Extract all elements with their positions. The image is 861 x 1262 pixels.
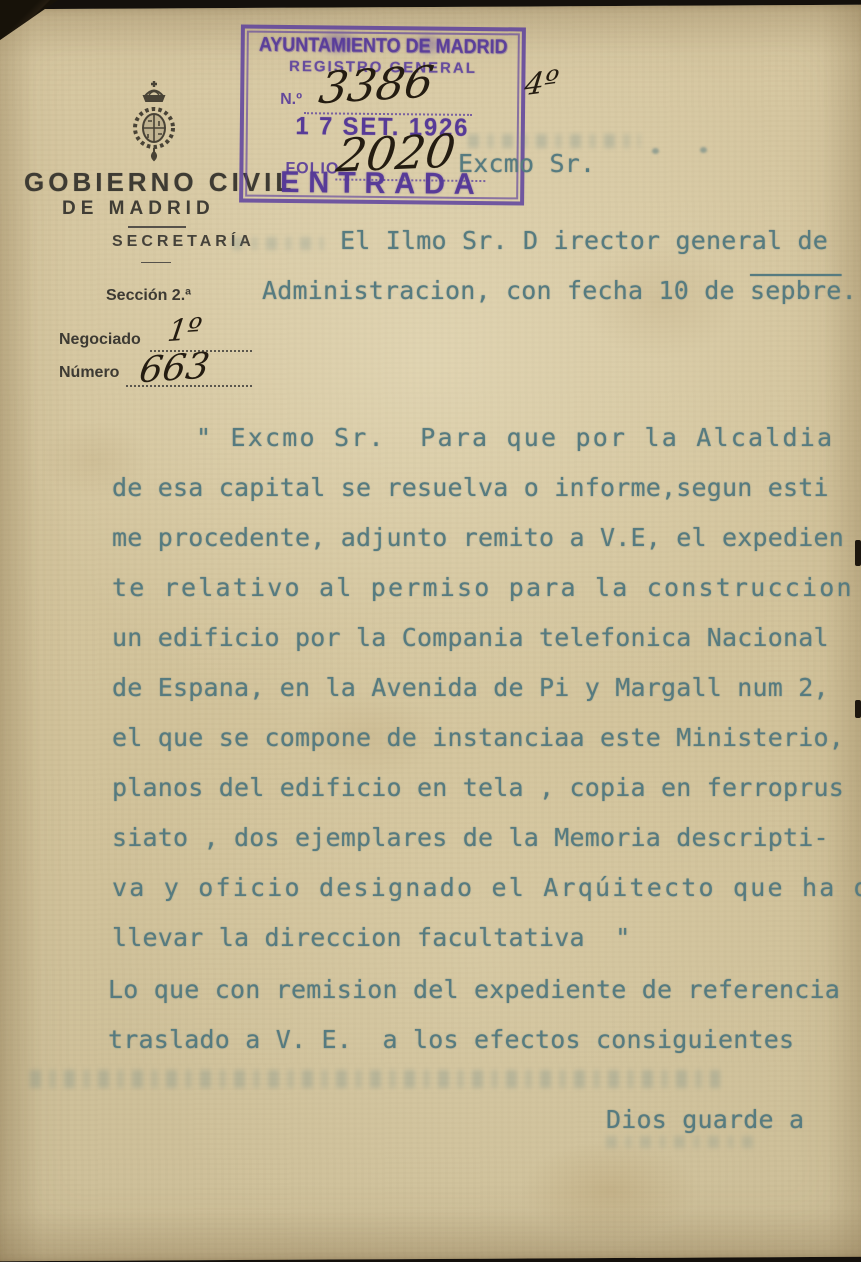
stamp-city-name: AYUNTAMIENTO DE MADRID	[255, 34, 512, 60]
letter-line: llevar la direccion facultativa "	[112, 923, 631, 952]
letterhead-divider-small	[141, 262, 171, 263]
letter-line: El Ilmo Sr. D irector general de	[340, 226, 828, 255]
letter-line: Administracion, con fecha 10 de sepbre.	[262, 276, 857, 305]
letterhead-divider	[128, 226, 186, 228]
letter-line: me procedente, adjunto remito a V.E, el …	[112, 523, 844, 552]
scanned-letter: GOBIERNO CIVIL DE MADRID SECRETARÍA Secc…	[0, 0, 861, 1262]
letter-line: de Espana, en la Avenida de Pi y Margall…	[112, 673, 829, 702]
stamp-number-label: N.º	[280, 91, 302, 109]
royal-crest-icon	[126, 78, 184, 166]
letter-line: va y oficio designado el Arqúitecto que …	[112, 873, 861, 902]
numero-handwritten-value: 663	[137, 346, 212, 392]
registry-entry-stamp: AYUNTAMIENTO DE MADRID REGISTRO GENERAL …	[239, 25, 526, 206]
letter-line: el que se compone de instanciaa este Min…	[112, 723, 844, 752]
letter-line: de esa capital se resuelva o informe,seg…	[112, 473, 829, 502]
negociado-handwritten-value: 1º	[165, 312, 204, 349]
scan-edge-mark	[855, 540, 861, 566]
letter-line-overlined-word: sepbre	[750, 276, 842, 305]
numero-label: Número	[59, 364, 119, 382]
letter-line-part: Administracion, con fecha 10 de	[262, 276, 750, 305]
letter-line: planos del edificio en tela , copia en f…	[112, 773, 844, 802]
letter-closing: Dios guarde a	[606, 1105, 804, 1134]
letter-line-part: .	[842, 276, 857, 305]
letter-line: " Excmo Sr. Para que por la Alcaldia	[196, 423, 834, 452]
corner-handwritten-note: 4º	[523, 64, 561, 103]
letterhead-org-city: DE MADRID	[62, 198, 215, 220]
letter-salutation: Excmo Sr.	[458, 149, 595, 178]
ghost-dot	[652, 148, 659, 154]
letter-line: siato , dos ejemplares de la Memoria des…	[112, 823, 829, 852]
scan-edge-mark	[855, 700, 861, 718]
letter-line: un edificio por la Compania telefonica N…	[112, 623, 829, 652]
letter-line: traslado a V. E. a los efectos consiguie…	[108, 1025, 794, 1054]
letterhead-department: SECRETARÍA	[112, 233, 255, 251]
stamp-number-handwritten: 3386	[316, 57, 437, 114]
letter-line: Lo que con remision del expediente de re…	[108, 975, 840, 1004]
letter-line: te relativo al permiso para la construcc…	[112, 573, 861, 602]
letterhead-section: Sección 2.ª	[106, 287, 191, 305]
ghost-dot	[700, 147, 707, 153]
negociado-label: Negociado	[59, 331, 141, 349]
